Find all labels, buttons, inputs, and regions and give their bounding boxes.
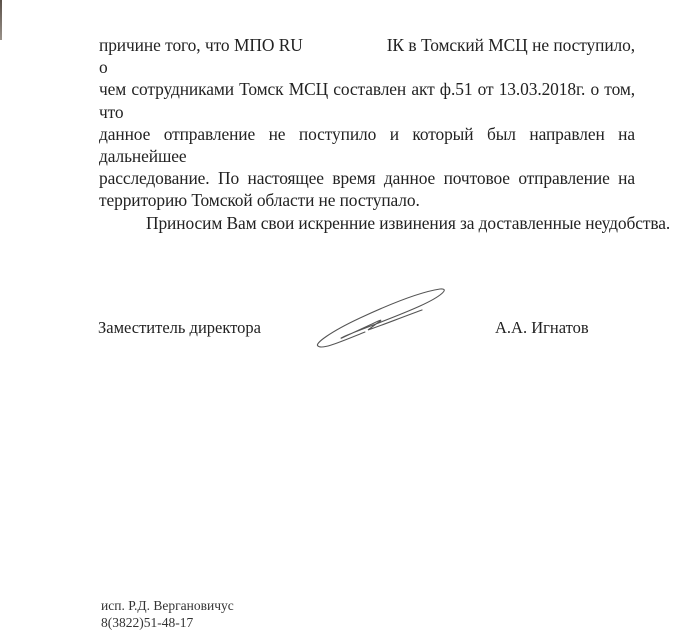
signature-icon (310, 284, 460, 354)
body-line-5: территорию Томской области не поступало. (99, 189, 635, 211)
executor-phone: 8(3822)51-48-17 (101, 614, 234, 631)
signature-block: Заместитель директора А.А. Игнатов (0, 318, 700, 378)
executor-footer: исп. Р.Д. Вергановичус 8(3822)51-48-17 (101, 597, 234, 631)
scan-edge (0, 0, 2, 40)
text-before-redaction: причине того, что МПО RU (99, 35, 303, 55)
apology-paragraph: Приносим Вам свои искренние извинения за… (99, 212, 635, 234)
letter-body: причине того, что МПО RUІК в Томский МСЦ… (99, 34, 635, 234)
signatory-name: А.А. Игнатов (495, 318, 589, 338)
body-line-4: расследование. По настоящее время данное… (99, 167, 635, 189)
body-line-3: данное отправление не поступило и которы… (99, 123, 635, 167)
position-title: Заместитель директора (98, 318, 261, 338)
body-line-1: причине того, что МПО RUІК в Томский МСЦ… (99, 34, 635, 78)
executor-name: исп. Р.Д. Вергановичус (101, 597, 234, 614)
body-line-2: чем сотрудниками Томск МСЦ составлен акт… (99, 78, 635, 122)
